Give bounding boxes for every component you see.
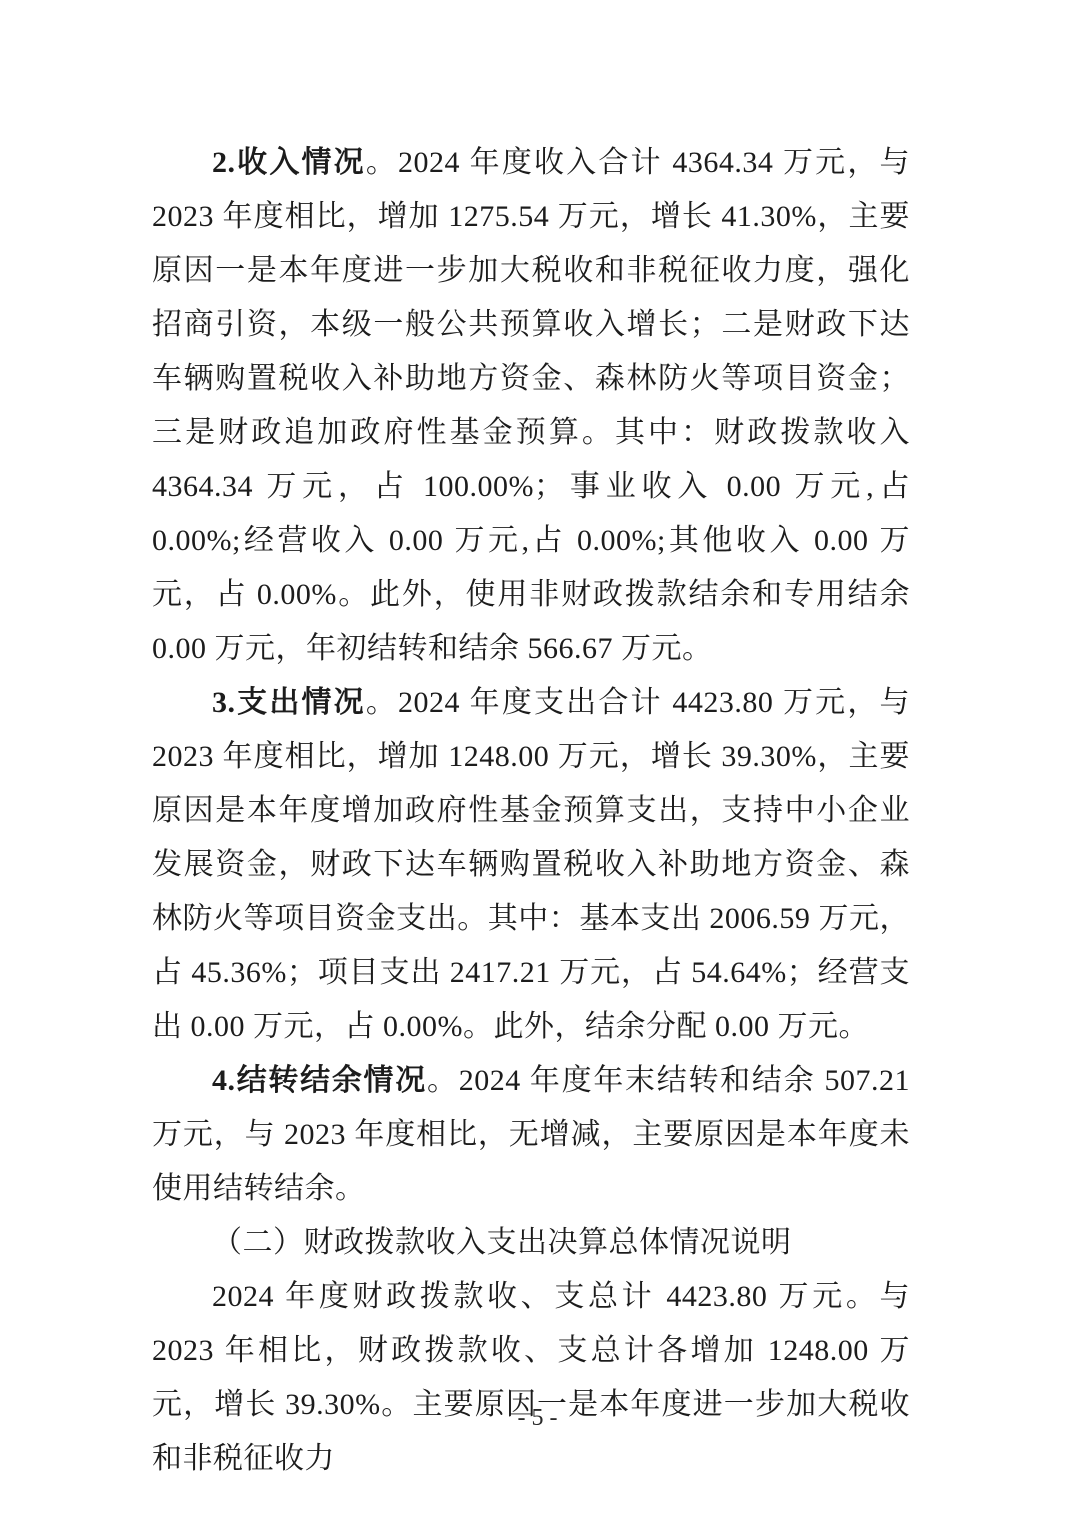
- paragraph-lead: 2.收入情况: [212, 146, 366, 179]
- paragraph: 2024 年度财政拨款收、支总计 4423.80 万元。与 2023 年相比，财…: [152, 1270, 910, 1486]
- document-page: 2.收入情况。2024 年度收入合计 4364.34 万元，与 2023 年度相…: [0, 0, 1075, 1520]
- document-body: 2.收入情况。2024 年度收入合计 4364.34 万元，与 2023 年度相…: [152, 136, 910, 1486]
- page-number: - 5 -: [0, 1398, 1075, 1438]
- paragraph: 3.支出情况。2024 年度支出合计 4423.80 万元，与 2023 年度相…: [152, 676, 910, 1054]
- section-heading: （二）财政拨款收入支出决算总体情况说明: [152, 1216, 910, 1270]
- paragraph: 2.收入情况。2024 年度收入合计 4364.34 万元，与 2023 年度相…: [152, 136, 910, 676]
- paragraph-lead: 4.结转结余情况: [212, 1064, 427, 1097]
- paragraph-lead: 3.支出情况: [212, 686, 366, 719]
- paragraph: 4.结转结余情况。2024 年度年末结转和结余 507.21 万元，与 2023…: [152, 1054, 910, 1216]
